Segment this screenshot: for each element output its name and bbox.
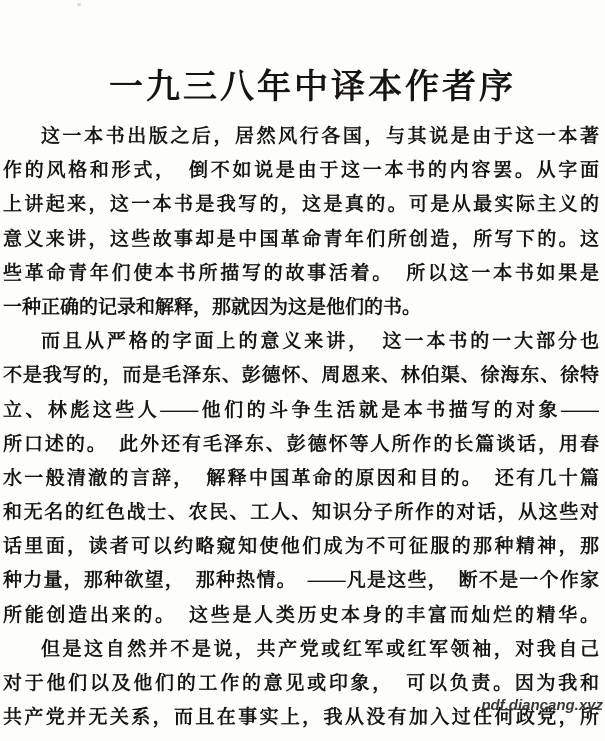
text-line: 作的风格和形式， 倒不如说是由于这一本书的内容罢。从字面 [3, 154, 599, 188]
text-line: 所口述的。 此外还有毛泽东、彭德怀等人所作的长篇谈话，用春 [3, 428, 599, 462]
text-line: 而且从严格的字面上的意义来讲， 这一本书的一大部分也 [3, 325, 599, 359]
text-line: 但是这自然并不是说，共产党或红军或红军领袖，对我自己 [3, 633, 599, 667]
text-line: 水一般清澈的言辞， 解释中国革命的原因和目的。 还有几十篇 [3, 462, 599, 496]
scanned-book-page: 一九三八年中译本作者序 这一本书出版之后，居然风行各国，与其说是由于这一本著作的… [0, 0, 605, 741]
text-line: 和无名的红色战士、农民、工人、知识分子所作的对话，从这些对 [3, 496, 599, 530]
watermark: pdf.diancang.xyz [481, 697, 603, 714]
text-line: 一种正确的记录和解释，那就因为这是他们的书。 [3, 291, 599, 325]
text-line: 所能创造出来的。 这些是人类历史本身的丰富而灿烂的精华。 [3, 599, 599, 633]
text-line: 立、林彪这些人——他们的斗争生活就是本书描写的对象—— [3, 394, 599, 428]
text-line: 意义来讲，这些故事却是中国革命青年们所创造，所写下的。这 [3, 223, 599, 257]
text-line: 种力量，那种欲望， 那种热情。 ——凡是这些， 断不是一个作家 [3, 564, 599, 598]
page-title: 一九三八年中译本作者序 [0, 59, 605, 108]
text-line: 上讲起来，这一本书是我写的，这是真的。可是从最实际主义的 [3, 188, 599, 222]
body-text: 这一本书出版之后，居然风行各国，与其说是由于这一本著作的风格和形式， 倒不如说是… [3, 120, 599, 735]
text-line: 话里面，读者可以约略窥知使他们成为不可征服的那种精神，那 [3, 530, 599, 564]
text-line: 些革命青年们使本书所描写的故事活着。 所以这一本书如果是 [3, 257, 599, 291]
text-line: 不是我写的，而是毛泽东、彭德怀、周恩来、林伯渠、徐海东、徐特 [3, 359, 599, 393]
scan-artifact [77, 3, 81, 6]
text-line: 这一本书出版之后，居然风行各国，与其说是由于这一本著 [3, 120, 599, 154]
